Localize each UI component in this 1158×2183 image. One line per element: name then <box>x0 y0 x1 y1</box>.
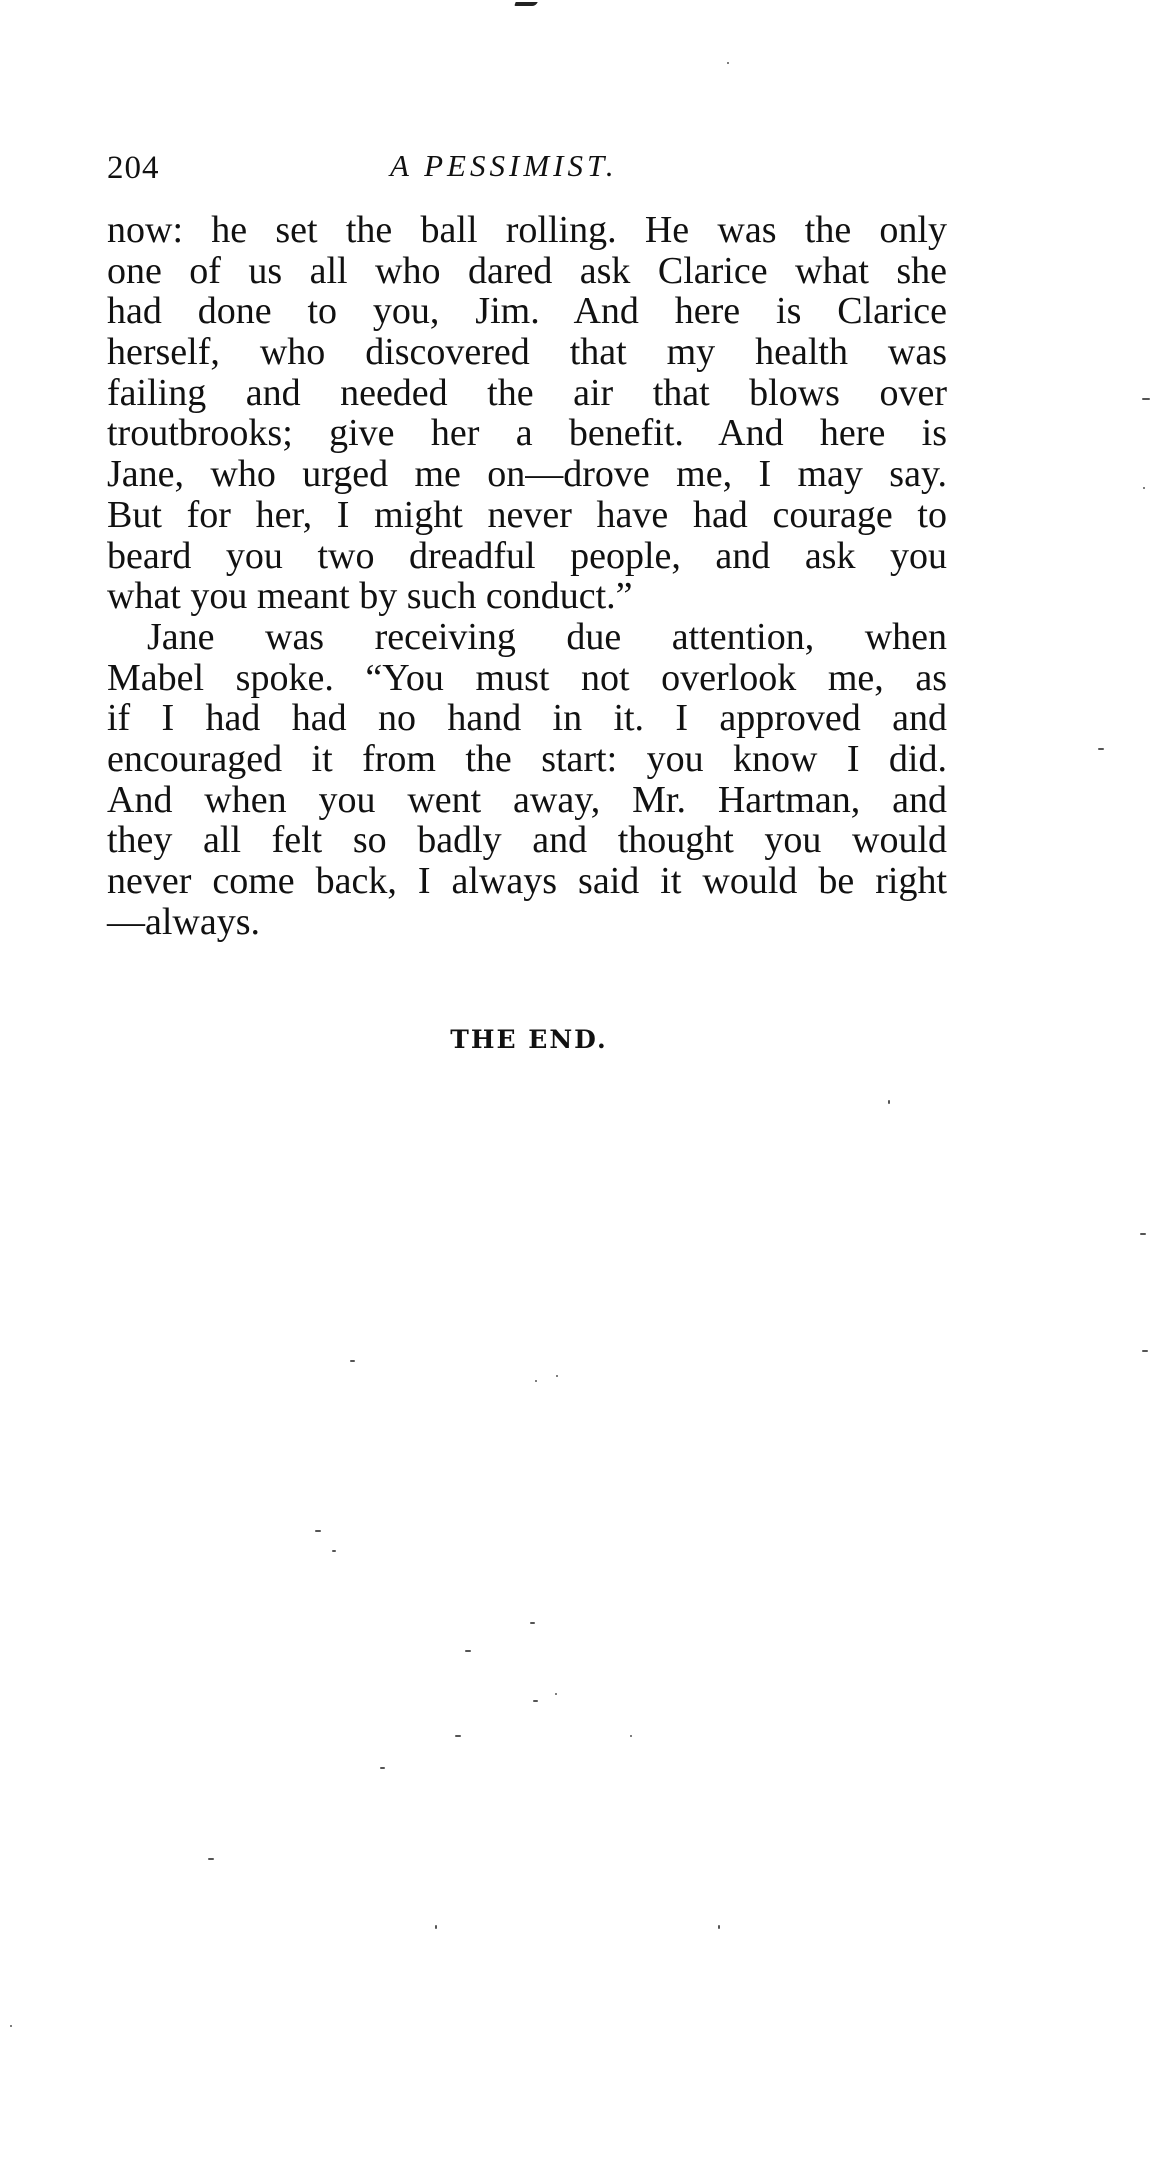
scan-speck <box>435 1925 437 1929</box>
scan-speck <box>1098 748 1104 750</box>
scan-speck <box>718 1925 720 1929</box>
text-line: troutbrooks; give her a benefit. And her… <box>107 413 947 454</box>
text-line: —always. <box>107 902 947 943</box>
scan-speck <box>1140 1233 1146 1235</box>
scan-speck <box>1143 487 1145 489</box>
scan-speck <box>535 1380 537 1382</box>
paragraph: now: he set the ball rolling. He was the… <box>107 210 947 617</box>
text-line: what you meant by such conduct.” <box>107 576 947 617</box>
scan-artifact-mark <box>514 2 537 6</box>
text-line: And when you went away, Mr. Hartman, and <box>107 780 947 821</box>
text-line: never come back, I always said it would … <box>107 861 947 902</box>
scan-speck <box>350 1360 355 1362</box>
scan-speck <box>380 1767 385 1769</box>
text-line: if I had had no hand in it. I approved a… <box>107 698 947 739</box>
text-line: beard you two dreadful people, and ask y… <box>107 536 947 577</box>
scan-speck <box>208 1858 214 1860</box>
the-end-text: THE END. <box>450 1025 607 1054</box>
scan-speck <box>455 1735 461 1737</box>
text-line: Jane was receiving due attention, when <box>107 617 947 658</box>
scan-speck <box>315 1530 321 1532</box>
the-end-heading: THE END. <box>0 1024 1158 1056</box>
page-number: 204 <box>107 152 160 185</box>
scan-speck <box>888 1100 890 1104</box>
scan-speck <box>556 1375 558 1377</box>
scan-speck <box>630 1735 632 1737</box>
scan-speck <box>1142 1350 1148 1352</box>
text-line: herself, who discovered that my health w… <box>107 332 947 373</box>
scan-speck <box>555 1693 557 1695</box>
running-head: 204 A PESSIMIST. <box>107 146 947 190</box>
text-line: Mabel spoke. “You must not overlook me, … <box>107 658 947 699</box>
text-line: now: he set the ball rolling. He was the… <box>107 210 947 251</box>
scan-speck <box>727 62 729 64</box>
text-line: had done to you, Jim. And here is Claric… <box>107 291 947 332</box>
text-line: one of us all who dared ask Clarice what… <box>107 251 947 292</box>
text-line: failing and needed the air that blows ov… <box>107 373 947 414</box>
paragraph: Jane was receiving due attention, when M… <box>107 617 947 943</box>
text-line: they all felt so badly and thought you w… <box>107 820 947 861</box>
text-line: encouraged it from the start: you know I… <box>107 739 947 780</box>
scan-speck <box>10 2025 12 2027</box>
scan-speck <box>533 1700 538 1702</box>
running-title: A PESSIMIST. <box>390 146 618 186</box>
scan-speck <box>530 1622 535 1624</box>
text-line: Jane, who urged me on—drove me, I may sa… <box>107 454 947 495</box>
scan-speck <box>332 1550 336 1552</box>
book-page: 204 A PESSIMIST. now: he set the ball ro… <box>0 0 1158 2183</box>
body-text: now: he set the ball rolling. He was the… <box>107 210 947 942</box>
scan-speck <box>1142 398 1150 400</box>
scan-speck <box>465 1650 471 1652</box>
text-line: But for her, I might never have had cour… <box>107 495 947 536</box>
